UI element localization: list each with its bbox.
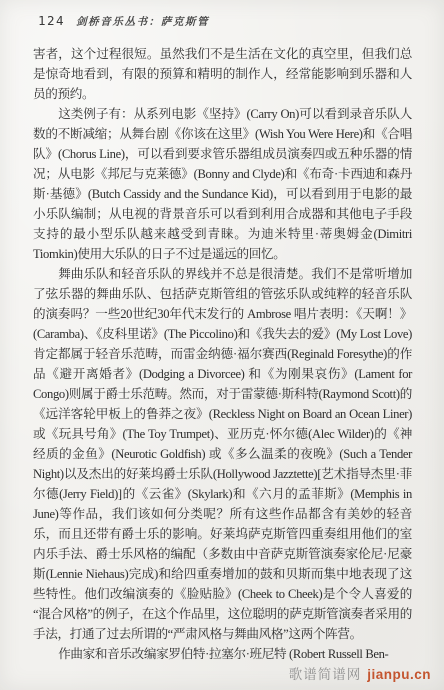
watermark: 歌谱简谱网jianpu.cn [289,663,431,683]
scanned-book-page: 124 剑桥音乐丛书：萨克斯管 害者，这个过程很短。虽然我们不是生活在文化的真空… [0,0,444,690]
book-series-title: 剑桥音乐丛书：萨克斯管 [76,14,209,29]
running-header: 124 剑桥音乐丛书：萨克斯管 [38,13,414,29]
paragraph-continuation: 害者，这个过程很短。虽然我们不是生活在文化的真空里，但我们总是惊奇地看到，有限的… [33,44,412,104]
watermark-site-url: jianpu.cn [367,667,431,682]
page-number: 124 [38,13,65,28]
paragraph-composer-bennett: 作曲家和音乐改编家罗伯特·拉塞尔·班尼特 (Robert Russell Ben… [33,644,412,664]
body-text: 害者，这个过程很短。虽然我们不是生活在文化的真空里，但我们总是惊奇地看到，有限的… [33,44,412,664]
watermark-site-name: 歌谱简谱网 [289,667,362,682]
paragraph-dance-vs-light-music: 舞曲乐队和轻音乐队的界线并不总是很清楚。我们不是常听增加了弦乐器的舞曲乐队、包括… [33,264,412,644]
paragraph-film-examples: 这类例子有：从系列电影《坚持》(Carry On)可以看到录音乐队人数的不断减缩… [33,104,412,264]
